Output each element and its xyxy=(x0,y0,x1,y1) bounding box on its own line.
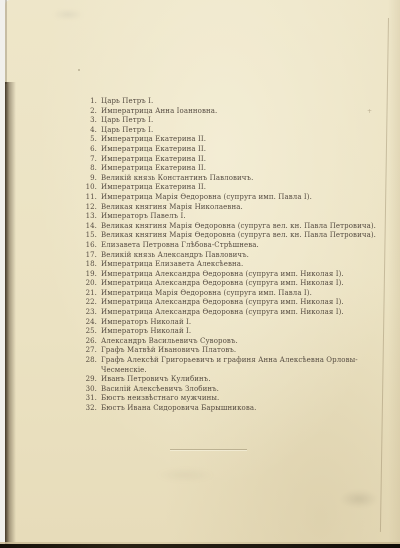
item-text: Царь Петръ I. xyxy=(101,126,153,136)
item-number: 5. xyxy=(81,135,97,145)
item-text: Великая княгиня Марія Ѳедоровна (супруга… xyxy=(101,231,376,241)
item-number: 29. xyxy=(81,375,97,385)
item-text: Бюстъ неизвѣстнаго мужчины. xyxy=(101,394,219,404)
list-item: 1. Царь Петръ I. xyxy=(81,97,376,107)
list-item: 16. Елизавета Петровна Глѣбова-Стрѣшнева… xyxy=(81,241,376,251)
item-number: 32. xyxy=(81,404,97,414)
item-number: 17. xyxy=(81,251,97,261)
item-number: 7. xyxy=(81,155,97,165)
item-text: Александръ Васильевичъ Суворовъ. xyxy=(101,337,238,347)
item-text: Графъ Матвѣй Ивановичъ Платовъ. xyxy=(101,346,236,356)
item-text: Императрица Екатерина II. xyxy=(101,145,206,155)
list-item: 19. Императрица Александра Ѳедоровна (су… xyxy=(81,270,376,280)
item-number: 25. xyxy=(81,327,97,337)
item-number: 6. xyxy=(81,145,97,155)
list-item: 2. Императрица Анна Іоанновна. xyxy=(81,107,376,117)
list-item: 15. Великая княгиня Марія Ѳедоровна (суп… xyxy=(81,231,376,241)
item-number: 4. xyxy=(81,126,97,136)
item-text: Императрица Марія Ѳедоровна (супруга имп… xyxy=(101,193,312,203)
item-text: Императрица Александра Ѳедоровна (супруг… xyxy=(101,270,344,280)
portrait-list: 1. Царь Петръ I. 2. Императрица Анна Іоа… xyxy=(81,97,376,414)
list-item: 26. Александръ Васильевичъ Суворовъ. xyxy=(81,337,376,347)
list-item: 8. Императрица Екатерина II. xyxy=(81,164,376,174)
item-number: 13. xyxy=(81,212,97,222)
item-text: Императрица Марія Ѳедоровна (супруга имп… xyxy=(101,289,312,299)
list-item: 6. Императрица Екатерина II. xyxy=(81,145,376,155)
item-text: Императрица Александра Ѳедоровна (супруг… xyxy=(101,298,344,308)
item-text: Великая княгиня Марія Ѳедоровна (супруга… xyxy=(101,222,376,232)
list-item: 29. Иванъ Петровичъ Кулибинъ. xyxy=(81,375,376,385)
item-text: Царь Петръ I. xyxy=(101,116,153,126)
item-number: 28. xyxy=(81,356,97,375)
list-item: 23. Императрица Александра Ѳедоровна (су… xyxy=(81,308,376,318)
binding-shadow xyxy=(5,82,16,544)
list-item: 9. Великій князь Константинъ Павловичъ. xyxy=(81,174,376,184)
book-page: 1. Царь Петръ I. 2. Императрица Анна Іоа… xyxy=(5,0,400,544)
list-item: 4. Царь Петръ I. xyxy=(81,126,376,136)
bottom-book-edge xyxy=(0,544,400,548)
item-text: Императоръ Николай I. xyxy=(101,318,191,328)
item-number: 30. xyxy=(81,385,97,395)
item-number: 22. xyxy=(81,298,97,308)
item-number: 18. xyxy=(81,260,97,270)
item-text: Императрица Екатерина II. xyxy=(101,183,206,193)
list-item: 17. Великій князь Александръ Павловичъ. xyxy=(81,251,376,261)
list-item: 27. Графъ Матвѣй Ивановичъ Платовъ. xyxy=(81,346,376,356)
list-item: 18. Императрица Елизавета Алексѣевна. xyxy=(81,260,376,270)
item-text: Императрица Екатерина II. xyxy=(101,135,206,145)
page-right-shade xyxy=(388,0,400,544)
item-number: 1. xyxy=(81,97,97,107)
item-text: Графъ Алексѣй Григорьевичъ и графиня Анн… xyxy=(101,356,358,375)
item-number: 3. xyxy=(81,116,97,126)
list-item: 20. Императрица Александра Ѳедоровна (су… xyxy=(81,279,376,289)
list-item: 30. Василій Алексѣевичъ Злобинъ. xyxy=(81,385,376,395)
item-text: Императрица Екатерина II. xyxy=(101,164,206,174)
item-text: Императрица Елизавета Алексѣевна. xyxy=(101,260,243,270)
item-text: Императрица Александра Ѳедоровна (супруг… xyxy=(101,279,344,289)
list-item: 25. Императоръ Николай I. xyxy=(81,327,376,337)
scanner-background: 1. Царь Петръ I. 2. Императрица Анна Іоа… xyxy=(0,0,400,548)
item-number: 10. xyxy=(81,183,97,193)
item-number: 23. xyxy=(81,308,97,318)
item-text: Императрица Анна Іоанновна. xyxy=(101,107,217,117)
item-number: 8. xyxy=(81,164,97,174)
end-divider-rule xyxy=(170,449,247,450)
list-item: 12. Великая княгиня Марія Николаевна. xyxy=(81,203,376,213)
item-number: 9. xyxy=(81,174,97,184)
list-item: 14. Великая княгиня Марія Ѳедоровна (суп… xyxy=(81,222,376,232)
item-text: Императрица Екатерина II. xyxy=(101,155,206,165)
list-item: 31. Бюстъ неизвѣстнаго мужчины. xyxy=(81,394,376,404)
item-text: Великій князь Константинъ Павловичъ. xyxy=(101,174,253,184)
item-number: 12. xyxy=(81,203,97,213)
list-item: 13. Императоръ Павелъ I. xyxy=(81,212,376,222)
item-number: 20. xyxy=(81,279,97,289)
item-text: Василій Алексѣевичъ Злобинъ. xyxy=(101,385,219,395)
item-number: 15. xyxy=(81,231,97,241)
paper-speck: + xyxy=(367,110,371,114)
list-item: 24. Императоръ Николай I. xyxy=(81,318,376,328)
list-item: 32. Бюстъ Ивана Сидоровича Барышникова. xyxy=(81,404,376,414)
item-number: 2. xyxy=(81,107,97,117)
paper-stain xyxy=(340,490,378,508)
item-text: Бюстъ Ивана Сидоровича Барышникова. xyxy=(101,404,257,414)
paper-stain xyxy=(53,10,83,19)
item-text: Великій князь Александръ Павловичъ. xyxy=(101,251,249,261)
item-text: Елизавета Петровна Глѣбова-Стрѣшнева. xyxy=(101,241,259,251)
paper-speck xyxy=(78,69,80,71)
item-text: Императрица Александра Ѳедоровна (супруг… xyxy=(101,308,344,318)
list-item: 21. Императрица Марія Ѳедоровна (супруга… xyxy=(81,289,376,299)
list-item: 28. Графъ Алексѣй Григорьевичъ и графиня… xyxy=(81,356,376,375)
item-text: Императоръ Николай I. xyxy=(101,327,191,337)
list-item: 22. Императрица Александра Ѳедоровна (су… xyxy=(81,298,376,308)
item-number: 14. xyxy=(81,222,97,232)
item-text: Императоръ Павелъ I. xyxy=(101,212,186,222)
item-number: 21. xyxy=(81,289,97,299)
item-number: 31. xyxy=(81,394,97,404)
list-item: 10. Императрица Екатерина II. xyxy=(81,183,376,193)
list-item: 11. Императрица Марія Ѳедоровна (супруга… xyxy=(81,193,376,203)
list-item: 3. Царь Петръ I. xyxy=(81,116,376,126)
item-text: Великая княгиня Марія Николаевна. xyxy=(101,203,243,213)
item-number: 11. xyxy=(81,193,97,203)
item-number: 16. xyxy=(81,241,97,251)
item-text: Иванъ Петровичъ Кулибинъ. xyxy=(101,375,211,385)
list-item: 5. Императрица Екатерина II. xyxy=(81,135,376,145)
paper-stain xyxy=(155,468,215,482)
list-item: 7. Императрица Екатерина II. xyxy=(81,155,376,165)
item-text: Царь Петръ I. xyxy=(101,97,153,107)
item-number: 27. xyxy=(81,346,97,356)
item-number: 24. xyxy=(81,318,97,328)
item-number: 26. xyxy=(81,337,97,347)
page-left-edge xyxy=(5,0,7,84)
item-number: 19. xyxy=(81,270,97,280)
